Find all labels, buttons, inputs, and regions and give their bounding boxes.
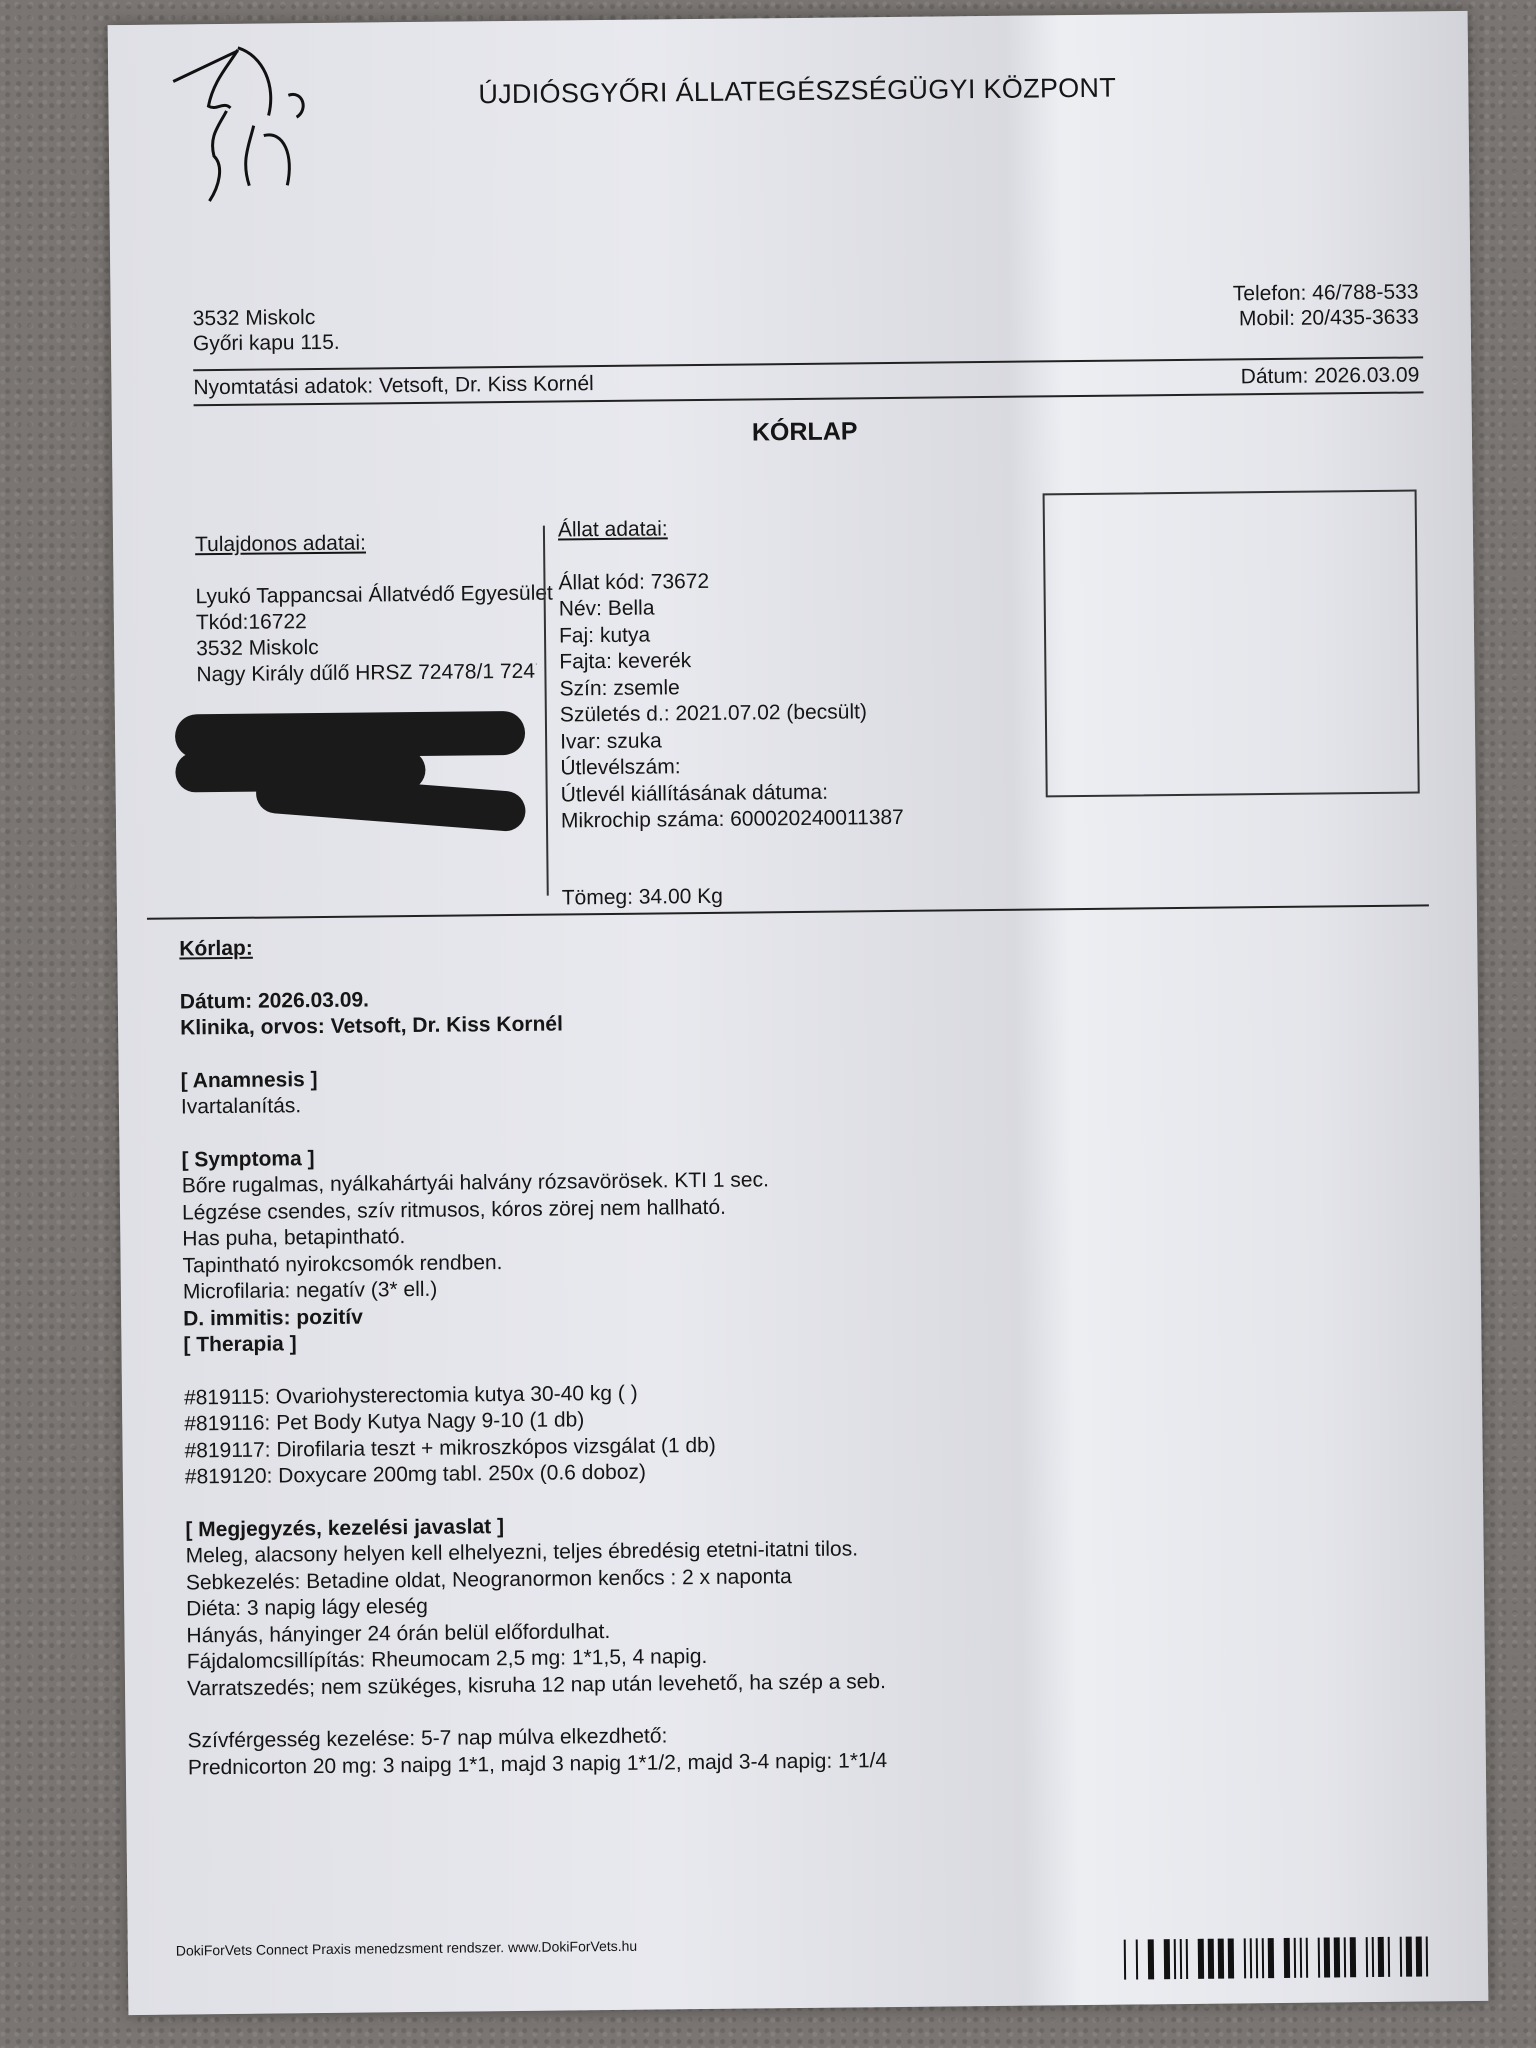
record-section: Kórlap: Dátum: 2026.03.09. Klinika, orvo… [179, 926, 1188, 1781]
owner-section: Tulajdonos adatai: Lyukó Tappancsai Álla… [195, 529, 554, 689]
photo-placeholder [1043, 489, 1420, 797]
horse-dog-cat-outline-logo-icon [168, 35, 320, 207]
header-rule [193, 356, 1423, 371]
therapia-list: #819115: Ovariohysterectomia kutya 30-40… [184, 1374, 1185, 1490]
owner-city: 3532 Miskolc [196, 633, 554, 663]
medical-record-sheet: ÚJDIÓSGYŐRI ÁLLATEGÉSZSÉGÜGYI KÖZPONT 35… [108, 11, 1489, 2015]
animal-field: Útlevél kiállításának dátuma: [561, 778, 904, 808]
barcode-icon [1124, 1936, 1428, 1979]
animal-heading: Állat adatai: [558, 514, 901, 544]
print-info: Nyomtatási adatok: Vetsoft, Dr. Kiss Kor… [193, 372, 594, 400]
animal-weight: Tömeg: 34.00 Kg [562, 881, 905, 911]
animal-field: Mikrochip száma: 600020240011387 [561, 805, 904, 835]
animal-field: Faj: kutya [559, 619, 902, 649]
clinic-name: ÚJDIÓSGYŐRI ÁLLATEGÉSZSÉGÜGYI KÖZPONT [478, 73, 1116, 111]
clinic-contact: Telefon: 46/788-533 Mobil: 20/435-3633 [1233, 279, 1419, 331]
notes-list: Meleg, alacsony helyen kell elhelyezni, … [186, 1533, 1188, 1702]
animal-section: Állat adatai: Állat kód: 73672Név: Bella… [558, 514, 905, 912]
animal-field: Név: Bella [559, 593, 902, 623]
software-footer: DokiForVets Connect Praxis menedzsment r… [176, 1938, 638, 1959]
animal-field: Útlevélszám: [560, 752, 903, 782]
clinic-phone: Telefon: 46/788-533 [1233, 279, 1419, 306]
owner-code: Tkód:16722 [196, 607, 554, 637]
clinic-mobile: Mobil: 20/435-3633 [1233, 304, 1419, 331]
header-date: Dátum: 2026.03.09 [1241, 363, 1420, 389]
animal-field: Születés d.: 2021.07.02 (becsült) [560, 699, 903, 729]
heartworm-treatment: Szívférgesség kezelése: 5-7 nap múlva el… [187, 1718, 1188, 1781]
animal-field: Állat kód: 73672 [558, 566, 901, 596]
animal-fields: Állat kód: 73672Név: BellaFaj: kutyaFajt… [558, 566, 904, 835]
owner-heading: Tulajdonos adatai: [195, 529, 553, 559]
document-title: KÓRLAP [752, 417, 858, 447]
owner-name: Lyukó Tappancsai Állatvédő Egyesület [195, 581, 553, 611]
animal-field: Szín: zsemle [559, 672, 902, 702]
owner-street: Nagy Király dűlő HRSZ 72478/1 72478/4 [196, 659, 536, 689]
animal-field: Ivar: szuka [560, 725, 903, 755]
clinic-address: 3532 Miskolc Győri kapu 115. [193, 305, 340, 357]
animal-field: Fajta: keverék [559, 646, 902, 676]
symptoma-list: Bőre rugalmas, nyálkahártyái halvány róz… [182, 1163, 1183, 1306]
